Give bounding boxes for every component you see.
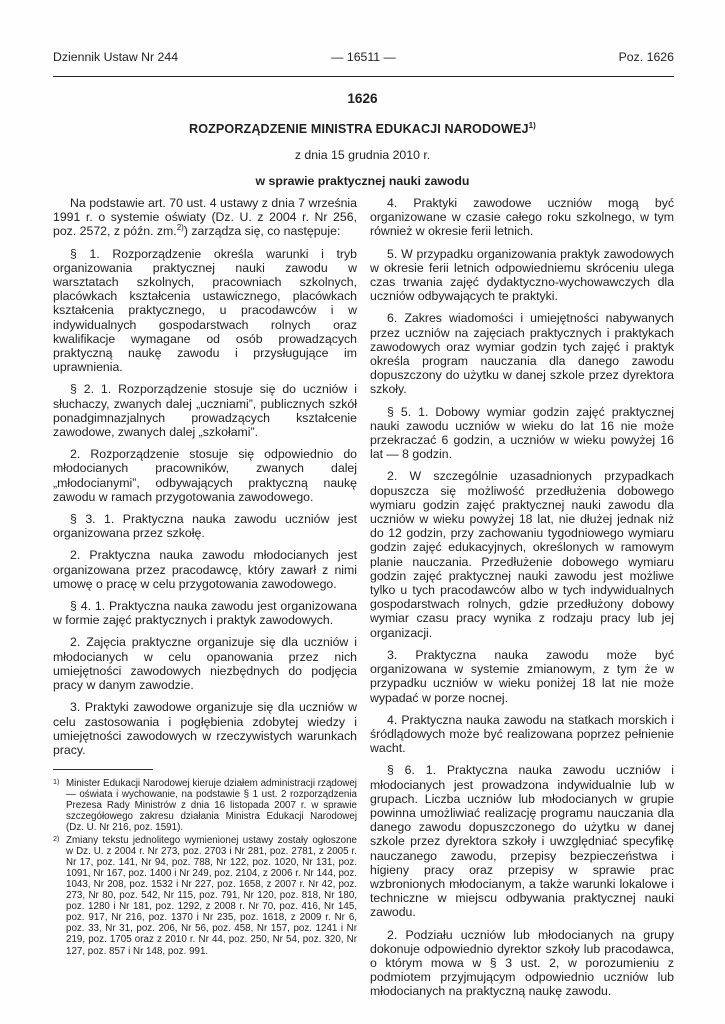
title-block: 1626 ROZPORZĄDZENIE MINISTRA EDUKACJI NA…	[0, 92, 725, 188]
page-number: — 16511 —	[260, 50, 467, 64]
body-paragraph: 2. Rozporządzenie stosuje się odpowiedni…	[53, 447, 357, 504]
body-columns: Na podstawie art. 70 ust. 4 ustawy z dni…	[53, 196, 674, 1024]
body-paragraph: 6. Zakres wiadomości i umiejętności naby…	[370, 311, 674, 396]
footnote-rule	[53, 769, 153, 770]
intro-text-after: ) zarządza się, co następuje:	[184, 224, 341, 238]
position-number: Poz. 1626	[467, 50, 674, 64]
right-column: 4. Praktyki zawodowe uczniów mogą być or…	[370, 196, 674, 1024]
body-paragraph: 5. W przypadku organizowania praktyk zaw…	[370, 247, 674, 304]
footnote-ref-1: 1)	[529, 121, 536, 130]
header-rule	[53, 76, 674, 77]
footnote-1: 1)Minister Edukacji Narodowej kieruje dz…	[53, 778, 357, 833]
body-paragraph: 2. Zajęcia praktyczne organizuje się dla…	[53, 635, 357, 692]
footnote-ref-2: 2)	[177, 223, 184, 232]
left-column: Na podstawie art. 70 ust. 4 ustawy z dni…	[53, 196, 357, 1024]
body-paragraph: 3. Praktyczna nauka zawodu może być orga…	[370, 648, 674, 705]
body-paragraph: 4. Praktyczna nauka zawodu na statkach m…	[370, 713, 674, 756]
body-paragraph: 2. W szczególnie uzasadnionych przypadka…	[370, 469, 674, 639]
act-number: 1626	[0, 92, 725, 106]
act-date: z dnia 15 grudnia 2010 r.	[0, 148, 725, 162]
body-paragraph: 2. Praktyczna nauka zawodu młodocianych …	[53, 548, 357, 591]
journal-name: Dziennik Ustaw Nr 244	[53, 50, 260, 64]
body-paragraph: § 3. 1. Praktyczna nauka zawodu uczniów …	[53, 512, 357, 540]
body-paragraph: § 6. 1. Praktyczna nauka zawodu uczniów …	[370, 763, 674, 919]
body-paragraph: § 4. 1. Praktyczna nauka zawodu jest org…	[53, 599, 357, 627]
footnote-text: Minister Edukacji Narodowej kieruje dzia…	[66, 778, 357, 833]
footnote-marker: 1)	[53, 777, 59, 786]
body-paragraph: § 1. Rozporządzenie określa warunki i tr…	[53, 247, 357, 375]
act-subject: w sprawie praktycznej nauki zawodu	[0, 174, 725, 188]
page-header: Dziennik Ustaw Nr 244 — 16511 — Poz. 162…	[53, 50, 674, 64]
act-title-text: ROZPORZĄDZENIE MINISTRA EDUKACJI NARODOW…	[189, 122, 529, 136]
body-paragraph: 3. Praktyki zawodowe organizuje się dla …	[53, 700, 357, 757]
body-paragraph: § 2. 1. Rozporządzenie stosuje się do uc…	[53, 382, 357, 439]
act-title: ROZPORZĄDZENIE MINISTRA EDUKACJI NARODOW…	[0, 122, 725, 136]
footnote-2: 2)Zmiany tekstu jednolitego wymienionej …	[53, 835, 357, 957]
body-paragraph: 2. Podziału uczniów lub młodocianych na …	[370, 928, 674, 999]
body-paragraph: 4. Praktyki zawodowe uczniów mogą być or…	[370, 196, 674, 239]
footnote-text: Zmiany tekstu jednolitego wymienionej us…	[66, 835, 357, 957]
footnote-marker: 2)	[53, 834, 59, 843]
body-paragraph: § 5. 1. Dobowy wymiar godzin zajęć prakt…	[370, 405, 674, 462]
intro-paragraph: Na podstawie art. 70 ust. 4 ustawy z dni…	[53, 196, 357, 239]
document-page: Dziennik Ustaw Nr 244 — 16511 — Poz. 162…	[0, 0, 725, 1024]
